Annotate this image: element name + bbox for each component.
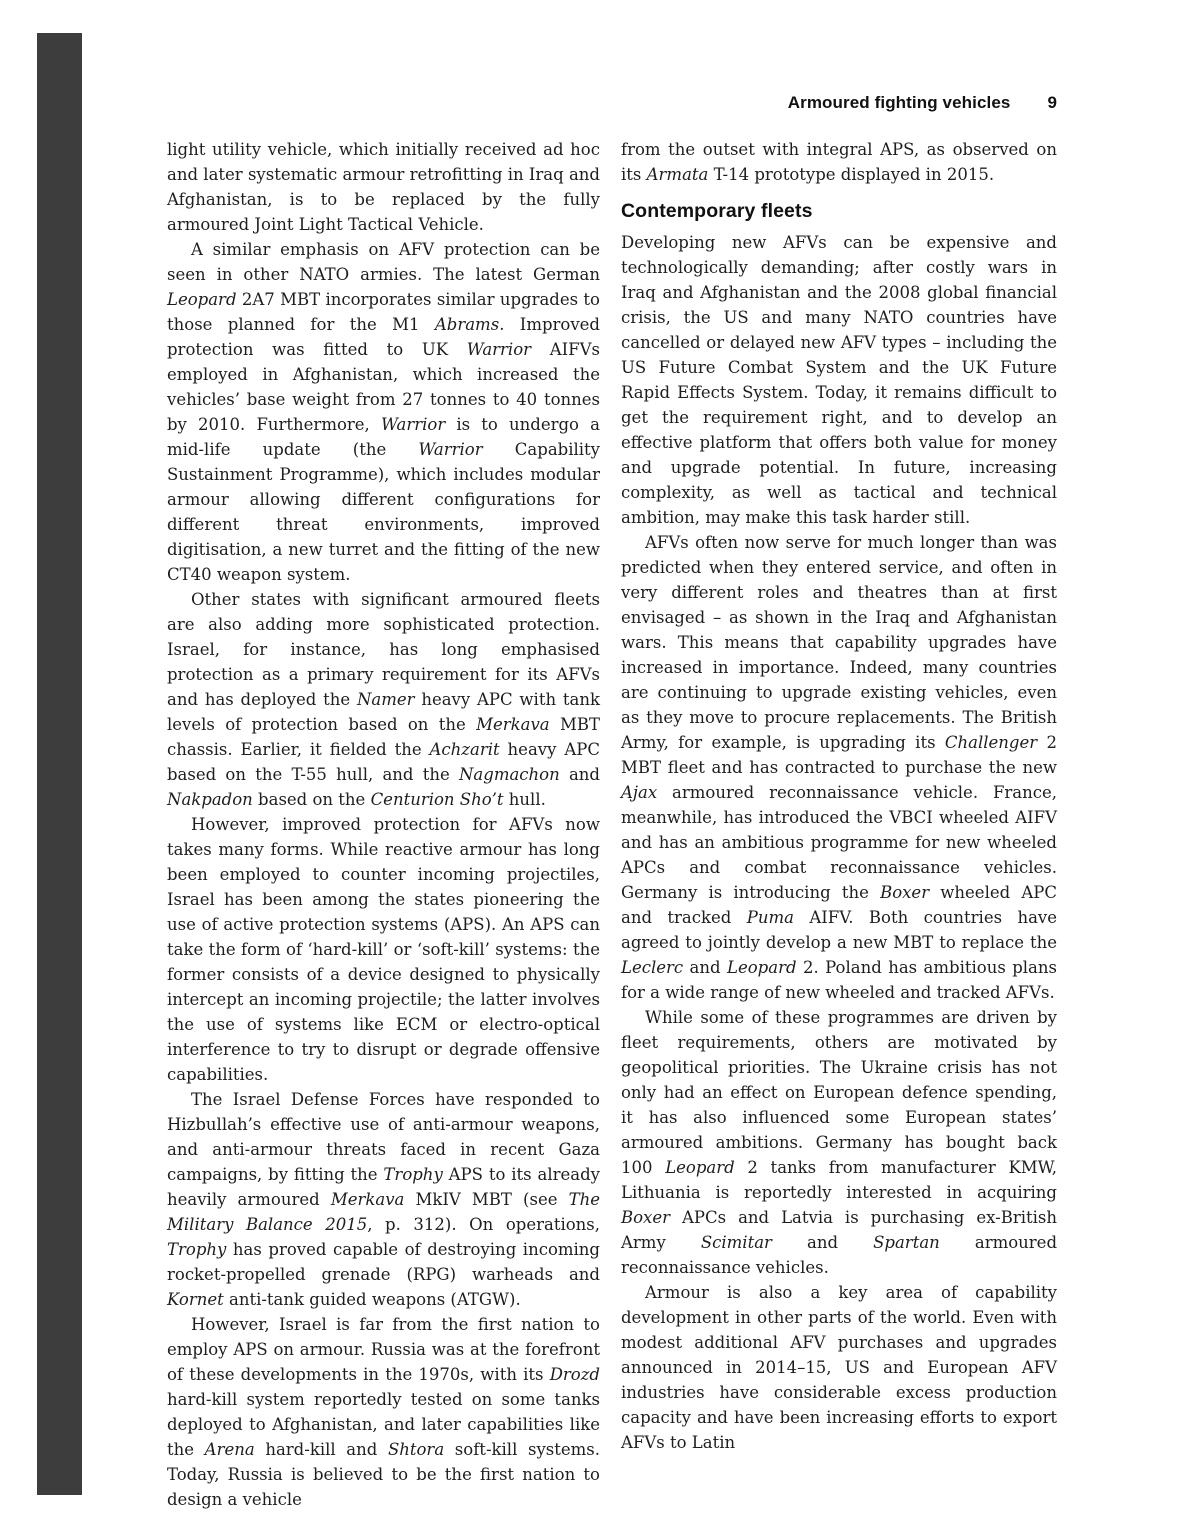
paragraph: Developing new AFVs can be expensive and… (621, 230, 1057, 530)
chapter-edge-tab (37, 33, 82, 1495)
running-header-title: Armoured fighting vehicles (788, 93, 1011, 113)
text-column-right: from the outset with integral APS, as ob… (621, 137, 1057, 1455)
paragraph: light utility vehicle, which initially r… (167, 137, 600, 237)
text-column-left: light utility vehicle, which initially r… (167, 137, 600, 1512)
paragraph: While some of these programmes are drive… (621, 1005, 1057, 1280)
paragraph: However, Israel is far from the first na… (167, 1312, 600, 1512)
page-header: Armoured fighting vehicles 9 (621, 93, 1057, 113)
paragraph: However, improved protection for AFVs no… (167, 812, 600, 1087)
paragraph: Armour is also a key area of capability … (621, 1280, 1057, 1455)
paragraph: from the outset with integral APS, as ob… (621, 137, 1057, 187)
paragraph: A similar emphasis on AFV protection can… (167, 237, 600, 587)
paragraph: Other states with significant armoured f… (167, 587, 600, 812)
section-heading: Contemporary fleets (621, 199, 1057, 224)
paragraph: AFVs often now serve for much longer tha… (621, 530, 1057, 1005)
paragraph: The Israel Defense Forces have responded… (167, 1087, 600, 1312)
document-page: Armoured fighting vehicles 9 light utili… (0, 0, 1186, 1534)
page-number: 9 (1047, 93, 1057, 113)
